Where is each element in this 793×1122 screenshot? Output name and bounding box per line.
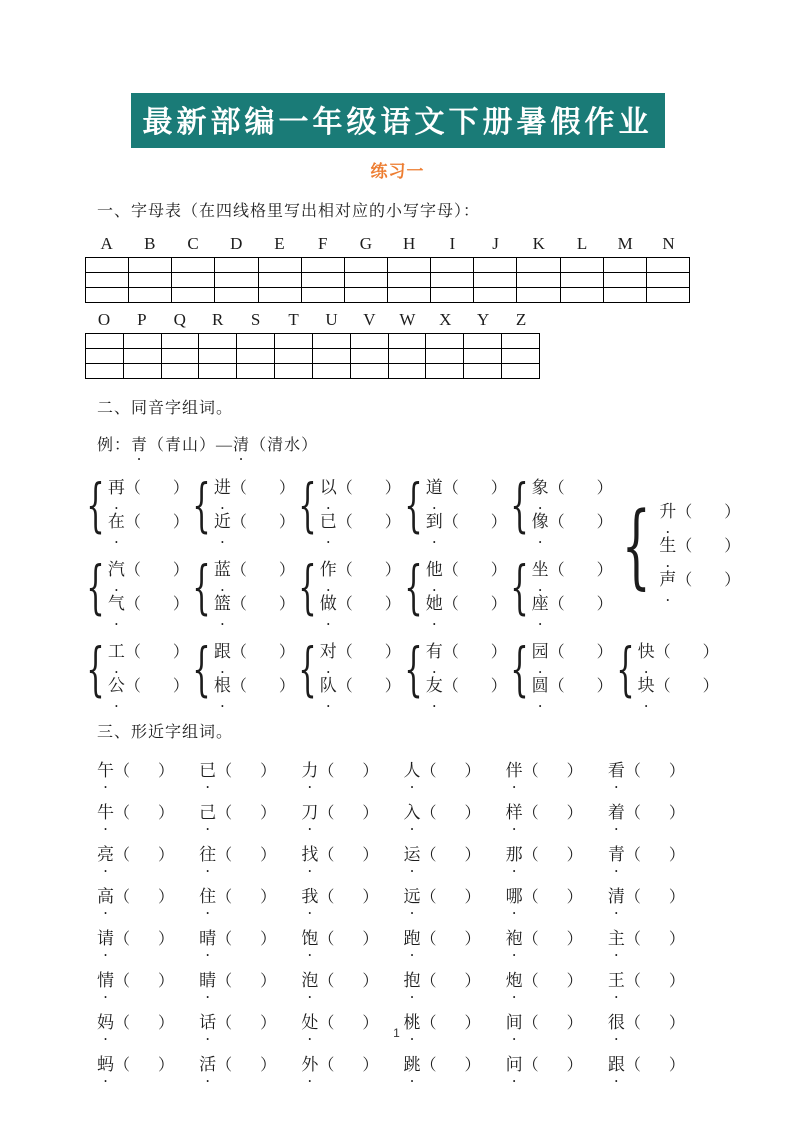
similar-entry: 请（） [97,927,199,952]
letter-label: Y [464,310,502,330]
paren-close: ） [724,572,740,589]
grid-cell [129,258,172,273]
paren-open: （ [337,514,353,531]
letter-label: S [237,310,275,330]
pair-entry: 道（） [426,471,507,505]
paren-close: ） [279,562,295,579]
grid-cell [258,258,301,273]
paren-open: （ [318,973,334,990]
brace-items: 以（）已（） [320,471,401,539]
paren-open: （ [443,678,459,695]
grid-cell [86,334,124,349]
similar-char: 抱 [403,969,420,993]
left-brace: { [192,476,210,534]
similar-entry: 饱（） [301,927,403,952]
paren-open: （ [125,644,141,661]
worksheet-page: 最新部编一年级语文下册暑假作业 练习一 一、字母表（在四线格里写出相对应的小写字… [0,0,793,1122]
paren-open: （ [523,931,539,948]
similar-entry: 睛（） [199,969,301,994]
left-brace: { [298,476,316,534]
pair-char: 再 [108,471,125,504]
similar-char: 往 [199,843,216,867]
example-text: （清水） [250,437,318,454]
pair-char: 园 [532,635,549,668]
brace-group: {园（）圆（） [509,635,613,703]
paren-open: （ [523,889,539,906]
brace-group: {升（）生（）声（） [615,471,741,621]
paren-close: ） [385,562,401,579]
similar-char: 青 [608,843,625,867]
grid-cell [426,364,464,379]
similar-entry: 高（） [97,885,199,910]
paren-close: ） [465,931,481,948]
pair-char: 篮 [214,587,231,620]
paren-open: （ [125,480,141,497]
similar-char: 跟 [608,1053,625,1077]
left-brace: { [298,640,316,698]
paren-open: （ [523,763,539,780]
letter-label: B [128,234,171,254]
left-brace: { [86,558,104,616]
similar-char: 问 [506,1053,523,1077]
paren-open: （ [625,763,641,780]
brace-items: 园（）圆（） [532,635,613,703]
similar-entry: 己（） [199,801,301,826]
brace-items: 道（）到（） [426,471,507,539]
pair-entry: 气（） [108,587,189,621]
similar-char: 亮 [97,843,114,867]
pair-entry: 有（） [426,635,507,669]
pair-entry: 进（） [214,471,295,505]
brace-group: {工（）公（） [85,635,189,703]
brace-group: {坐（）座（） [509,553,613,621]
paren-close: ） [724,504,740,521]
pair-entry: 对（） [320,635,401,669]
paren-close: ） [260,847,276,864]
similar-char: 高 [97,885,114,909]
brace-items: 他（）她（） [426,553,507,621]
brace-items: 进（）近（） [214,471,295,539]
letter-label: E [258,234,301,254]
paren-open: （ [523,1057,539,1074]
grid-cell [431,258,474,273]
paren-open: （ [114,763,130,780]
left-brace: { [298,558,316,616]
paren-open: （ [231,644,247,661]
similar-entry: 袍（） [506,927,608,952]
paren-open: （ [125,562,141,579]
brace-items: 汽（）气（） [108,553,189,621]
letter-label: A [85,234,128,254]
grid-cell [123,364,161,379]
letter-label: D [215,234,258,254]
example-text: 清 [233,432,250,455]
paren-close: ） [491,562,507,579]
paren-close: ） [158,1057,174,1074]
pair-entry: 像（） [532,505,613,539]
paren-open: （ [216,1057,232,1074]
similar-entry: 那（） [506,843,608,868]
paren-close: ） [491,514,507,531]
pair-char: 进 [214,471,231,504]
paren-open: （ [125,678,141,695]
pair-char: 友 [426,669,443,702]
similar-entry: 力（） [301,759,403,784]
homophone-groups: {再（）在（）{进（）近（）{以（）已（）{道（）到（）{象（）像（）{升（）生… [85,471,710,703]
brace-group: {象（）像（） [509,471,613,539]
paren-open: （ [216,973,232,990]
subtitle: 练习一 [85,157,710,182]
paren-open: （ [625,805,641,822]
paren-close: ） [173,596,189,613]
similar-entry: 跟（） [608,1053,710,1078]
paren-close: ） [669,763,685,780]
grid-cell [199,349,237,364]
pair-char: 作 [320,553,337,586]
paren-close: ） [465,1057,481,1074]
similar-entry: 着（） [608,801,710,826]
similar-entry: 我（） [301,885,403,910]
paren-close: ） [362,889,378,906]
paren-close: ） [362,763,378,780]
grid-cell [301,273,344,288]
similar-entry: 哪（） [506,885,608,910]
grid-cell [517,288,560,303]
grid-cell [388,364,426,379]
left-brace: { [621,500,650,592]
paren-close: ） [567,763,583,780]
brace-group: {作（）做（） [297,553,401,621]
paren-close: ） [669,931,685,948]
grid-cell [123,349,161,364]
similar-entry: 情（） [97,969,199,994]
writing-grid-1 [85,257,690,303]
paren-close: ） [385,644,401,661]
paren-open: （ [420,889,436,906]
paren-close: ） [669,847,685,864]
grid-cell [517,258,560,273]
grid-cell [86,273,129,288]
paren-open: （ [420,973,436,990]
grid-cell [464,364,502,379]
paren-close: ） [362,931,378,948]
similar-char: 活 [199,1053,216,1077]
pair-entry: 园（） [532,635,613,669]
pair-char: 以 [320,471,337,504]
paren-open: （ [114,931,130,948]
grid-cell [129,273,172,288]
brace-group: {他（）她（） [403,553,507,621]
paren-open: （ [625,931,641,948]
brace-items: 作（）做（） [320,553,401,621]
paren-close: ） [362,847,378,864]
brace-items: 工（）公（） [108,635,189,703]
similar-entry: 炮（） [506,969,608,994]
grid-cell [86,364,124,379]
paren-open: （ [231,596,247,613]
grid-cell [387,273,430,288]
paren-open: （ [337,562,353,579]
similar-entry: 跳（） [403,1053,505,1078]
grid-cell [646,273,689,288]
writing-grid-2 [85,333,540,379]
paren-open: （ [676,572,692,589]
left-brace: { [404,558,422,616]
paren-open: （ [337,644,353,661]
similar-char: 清 [608,885,625,909]
paren-close: ） [385,514,401,531]
paren-open: （ [676,538,692,555]
letter-label: V [350,310,388,330]
grid-cell [646,288,689,303]
paren-close: ） [465,973,481,990]
similar-entry: 运（） [403,843,505,868]
paren-open: （ [318,805,334,822]
grid-cell [603,258,646,273]
similar-entry: 问（） [506,1053,608,1078]
pair-entry: 到（） [426,505,507,539]
left-brace: { [192,640,210,698]
pair-entry: 蓝（） [214,553,295,587]
similar-entry: 王（） [608,969,710,994]
paren-open: （ [523,973,539,990]
paren-close: ） [260,805,276,822]
grid-cell [560,273,603,288]
similar-char: 晴 [199,927,216,951]
paren-open: （ [549,480,565,497]
letters-row-2: OPQRSTUVWXYZ [85,310,540,330]
left-brace: { [616,640,634,698]
pair-entry: 以（） [320,471,401,505]
letter-label: G [344,234,387,254]
similar-entry: 亮（） [97,843,199,868]
similar-entry: 已（） [199,759,301,784]
paren-open: （ [549,644,565,661]
grid-cell [350,349,388,364]
pair-char: 近 [214,505,231,538]
paren-close: ） [703,678,719,695]
paren-close: ） [597,562,613,579]
similar-char: 主 [608,927,625,951]
letters-row-1: ABCDEFGHIJKLMN [85,234,690,254]
pair-entry: 跟（） [214,635,295,669]
similar-char: 泡 [301,969,318,993]
grid-cell [388,349,426,364]
letter-label: O [85,310,123,330]
grid-cell [502,349,540,364]
letter-label: U [313,310,351,330]
pair-char: 工 [108,635,125,668]
paren-open: （ [443,562,459,579]
similar-entry: 泡（） [301,969,403,994]
letter-label: I [431,234,474,254]
paren-close: ） [158,889,174,906]
grid-cell [161,349,199,364]
grid-cell [301,288,344,303]
similar-entry: 跑（） [403,927,505,952]
paren-close: ） [260,763,276,780]
similar-entry: 外（） [301,1053,403,1078]
pair-entry: 汽（） [108,553,189,587]
paren-close: ） [279,480,295,497]
pair-entry: 再（） [108,471,189,505]
pair-char: 已 [320,505,337,538]
pair-entry: 坐（） [532,553,613,587]
paren-open: （ [337,480,353,497]
pair-char: 生 [659,529,676,562]
paren-open: （ [420,1057,436,1074]
similar-entry: 往（） [199,843,301,868]
grid-cell [646,258,689,273]
paren-open: （ [443,480,459,497]
paren-close: ） [279,644,295,661]
grid-cell [560,288,603,303]
pair-char: 跟 [214,635,231,668]
brace-items: 升（）生（）声（） [659,495,740,597]
paren-close: ） [158,847,174,864]
similar-entry: 远（） [403,885,505,910]
paren-close: ） [362,973,378,990]
letter-label: C [171,234,214,254]
similar-char: 哪 [506,885,523,909]
similar-char: 着 [608,801,625,825]
brace-items: 跟（）根（） [214,635,295,703]
similar-char: 己 [199,801,216,825]
letter-label: Z [502,310,540,330]
grid-cell [474,288,517,303]
grid-cell [215,288,258,303]
paren-open: （ [114,805,130,822]
pair-char: 有 [426,635,443,668]
paren-open: （ [420,931,436,948]
brace-items: 象（）像（） [532,471,613,539]
grid-cell [161,334,199,349]
grid-cell [172,288,215,303]
letter-label: Q [161,310,199,330]
paren-open: （ [443,644,459,661]
paren-close: ） [597,514,613,531]
grid-cell [426,349,464,364]
paren-close: ） [491,596,507,613]
pair-char: 升 [659,495,676,528]
pair-entry: 在（） [108,505,189,539]
paren-close: ） [158,973,174,990]
pair-char: 气 [108,587,125,620]
similar-entry: 住（） [199,885,301,910]
grid-cell [172,273,215,288]
grid-cell [215,273,258,288]
pair-char: 快 [638,635,655,668]
similar-entry: 清（） [608,885,710,910]
brace-group: {道（）到（） [403,471,507,539]
pair-char: 汽 [108,553,125,586]
grid-cell [344,258,387,273]
pair-char: 根 [214,669,231,702]
pair-entry: 工（） [108,635,189,669]
pair-char: 对 [320,635,337,668]
pair-entry: 升（） [659,495,740,529]
paren-open: （ [549,562,565,579]
letter-label: T [275,310,313,330]
paren-open: （ [549,678,565,695]
similar-char: 炮 [506,969,523,993]
paren-close: ） [260,1057,276,1074]
grid-cell [344,288,387,303]
grid-cell [172,258,215,273]
pair-entry: 座（） [532,587,613,621]
pair-char: 在 [108,505,125,538]
similar-char: 跑 [403,927,420,951]
similar-char: 那 [506,843,523,867]
paren-open: （ [676,504,692,521]
similar-char: 睛 [199,969,216,993]
similar-char: 外 [301,1053,318,1077]
paren-close: ） [158,805,174,822]
grid-cell [86,288,129,303]
pair-char: 声 [659,563,676,596]
paren-open: （ [655,678,671,695]
left-brace: { [510,476,528,534]
paren-close: ） [491,678,507,695]
paren-close: ） [597,644,613,661]
letter-label: H [388,234,431,254]
letter-label: M [604,234,647,254]
pair-char: 做 [320,587,337,620]
pair-char: 坐 [532,553,549,586]
paren-close: ） [173,562,189,579]
paren-open: （ [318,763,334,780]
paren-close: ） [597,596,613,613]
left-brace: { [86,640,104,698]
similar-char: 牛 [97,801,114,825]
grid-cell [237,349,275,364]
grid-cell [237,334,275,349]
similar-entry: 主（） [608,927,710,952]
grid-cell [199,364,237,379]
paren-close: ） [567,1057,583,1074]
paren-open: （ [420,847,436,864]
pair-entry: 快（） [638,635,719,669]
similar-char: 午 [97,759,114,783]
pair-entry: 生（） [659,529,740,563]
paren-open: （ [114,889,130,906]
paren-close: ） [491,480,507,497]
grid-cell [502,334,540,349]
pair-char: 她 [426,587,443,620]
similar-char: 王 [608,969,625,993]
pair-entry: 他（） [426,553,507,587]
letter-label: F [301,234,344,254]
left-brace: { [510,640,528,698]
brace-items: 坐（）座（） [532,553,613,621]
similar-entry: 样（） [506,801,608,826]
letter-label: W [388,310,426,330]
similar-entry: 人（） [403,759,505,784]
section2-heading: 二、同音字组词。 [97,395,710,418]
pair-char: 队 [320,669,337,702]
grid-cell [603,273,646,288]
grid-cell [275,364,313,379]
pair-entry: 块（） [638,669,719,703]
similar-char: 情 [97,969,114,993]
paren-open: （ [337,678,353,695]
similar-entry: 入（） [403,801,505,826]
paren-open: （ [549,514,565,531]
paren-open: （ [216,889,232,906]
paren-close: ） [567,931,583,948]
similar-entry: 找（） [301,843,403,868]
pair-entry: 近（） [214,505,295,539]
